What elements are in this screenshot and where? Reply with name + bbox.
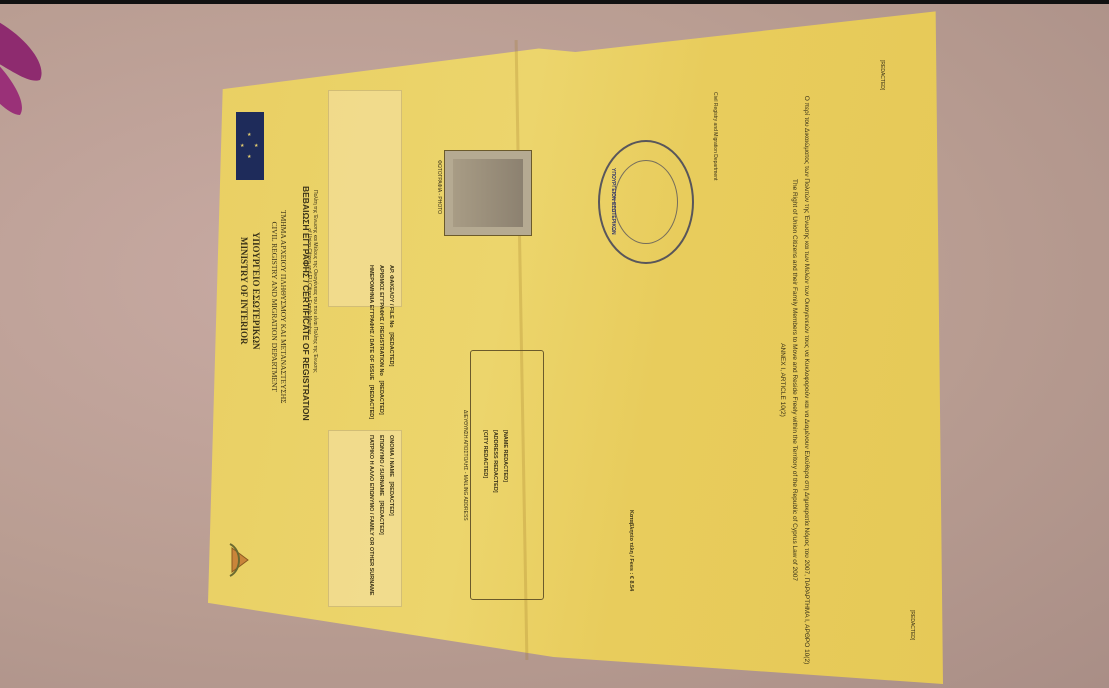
certificate-subtitle: Πολίτη της Ένωσης και Μέλους της Οικογέν…: [306, 190, 318, 373]
stamp-ring-text: ΥΠΟΥΡΓΕΙΟΝ ΕΣΩΤΕΡΙΚΩΝ: [610, 168, 616, 235]
date-value: [REDACTED]: [368, 385, 374, 419]
father-surname-label: ΠΑΤΡΙΚΟ Η ΑΛΛΟ ΕΠΩΝΥΜΟ / FAMILY OR OTHER…: [366, 435, 376, 595]
department-en: CIVIL REGISTRY AND MIGRATION DEPARTMENT: [270, 210, 279, 404]
department-gr: ΤΜΗΜΑ ΑΡΧΕΙΟΥ ΠΛΗΘΥΣΜΟΥ ΚΑΙ ΜΕΤΑΝΑΣΤΕΥΣΗ…: [279, 210, 288, 404]
serial-number: [REDACTED]: [879, 60, 885, 90]
address-line-2: [ADDRESS REDACTED]: [490, 430, 500, 493]
name-value: [REDACTED]: [388, 481, 394, 515]
subtitle-gr: Πολίτη της Ένωσης και Μέλους της Οικογέν…: [312, 190, 318, 373]
mailing-address: [NAME REDACTED] [ADDRESS REDACTED] [CITY…: [480, 430, 510, 493]
photo-frame: [444, 150, 532, 236]
mailing-label: ΔΙΕΥΘΥΝΣΗ ΑΠΟΣΤΟΛΗΣ - MAILING ADDRESS: [462, 410, 468, 521]
personal-details: ΟΝΟΜΑ / NAME [REDACTED] ΕΠΩΝΥΜΟ / SURNAM…: [366, 435, 396, 595]
surname-value: [REDACTED]: [378, 501, 384, 535]
stamp-signature-caption: Civil Registry and Migration Department: [712, 92, 718, 180]
legal-basis-gr: Ο περί του Δικαιώματος των Πολιτών της Έ…: [800, 80, 812, 680]
name-label: ΟΝΟΜΑ / NAME: [388, 435, 394, 477]
date-label: ΗΜΕΡΟΜΗΝΙΑ ΕΓΓΡΑΦΗΣ / DATE OF ISSUE: [368, 265, 374, 380]
fees-text: Καταβλητέο τέλη / Fees : € 8.54: [626, 510, 636, 591]
reg-no-label: ΑΡΙΘΜΟΣ ΕΓΓΡΑΦΗΣ / REGISTRATION No: [378, 265, 384, 376]
address-line-3: [CITY REDACTED]: [480, 430, 490, 493]
cyprus-coat-of-arms-icon: [228, 540, 252, 580]
file-no-label: ΑΡ. ΦΑΚΕΛΟΥ / FILE No: [388, 265, 394, 328]
ministry-gr: ΥΠΟΥΡΓΕΙΟ ΕΣΩΤΕΡΙΚΩΝ: [250, 232, 262, 350]
photo-label: ΦΩΤΟΓΡΑΦΙΑ - PHOTO: [436, 160, 442, 214]
eu-flag-icon: ★★ ★★: [236, 112, 264, 180]
ministry-header: ΥΠΟΥΡΓΕΙΟ ΕΣΩΤΕΡΙΚΩΝ MINISTRY OF INTERIO…: [238, 232, 262, 350]
certificate-paper: [208, 8, 943, 684]
form-code: [REDACTED]: [909, 610, 915, 640]
legal-basis-en: The Right of Union Citizens and their Fa…: [788, 80, 800, 680]
department-header: ΤΜΗΜΑ ΑΡΧΕΙΟΥ ΠΛΗΘΥΣΜΟΥ ΚΑΙ ΜΕΤΑΝΑΣΤΕΥΣΗ…: [270, 210, 288, 404]
flower-petals-decoration: [0, 0, 80, 190]
file-details: ΑΡ. ΦΑΚΕΛΟΥ / FILE No [REDACTED] ΑΡΙΘΜΟΣ…: [366, 265, 396, 419]
legal-basis: Ο περί του Δικαιώματος των Πολιτών της Έ…: [776, 80, 812, 680]
annex-reference: ANNEX I, ARTICLE 10(2): [776, 80, 788, 680]
photo-redacted: [453, 159, 523, 227]
reg-no-value: [REDACTED]: [378, 380, 384, 414]
address-line-1: [NAME REDACTED]: [500, 430, 510, 493]
ministry-en: MINISTRY OF INTERIOR: [238, 232, 250, 350]
file-no-value: [REDACTED]: [388, 332, 394, 366]
stamp-inner-ring: [614, 160, 678, 244]
surname-label: ΕΠΩΝΥΜΟ / SURNAME: [378, 435, 384, 496]
